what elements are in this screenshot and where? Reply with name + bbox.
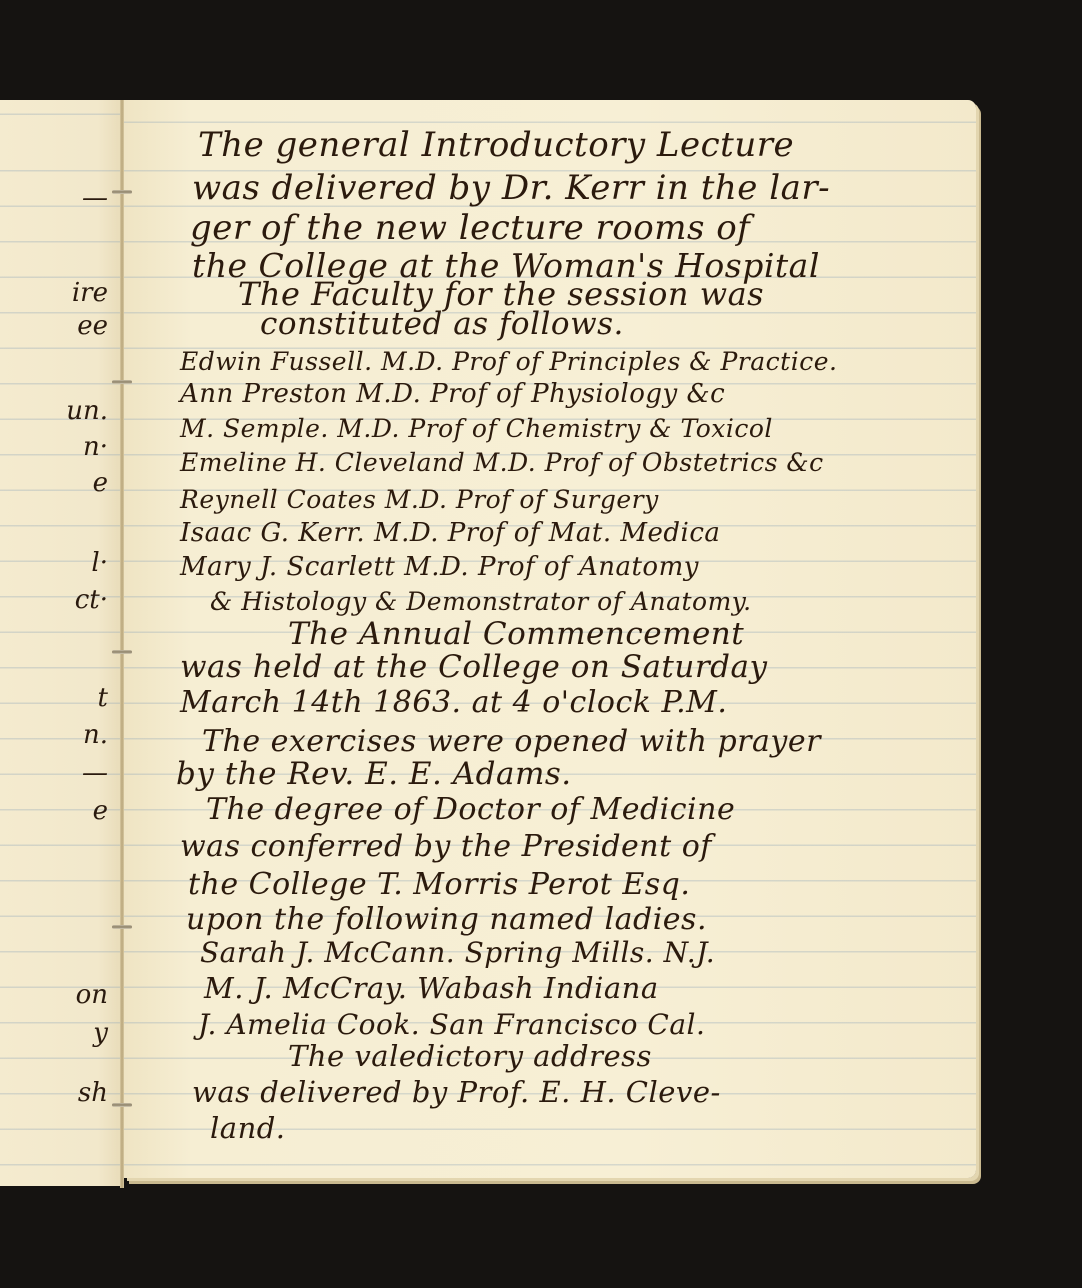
manuscript-line: The degree of Doctor of Medicine (206, 792, 735, 827)
manuscript-line: M. J. McCray. Wabash Indiana (204, 971, 659, 1005)
staple (112, 1103, 132, 1107)
manuscript-line: & Histology & Demonstrator of Anatomy. (210, 587, 752, 616)
manuscript-line: was conferred by the President of (180, 829, 712, 864)
manuscript-line: by the Rev. E. E. Adams. (176, 756, 572, 792)
manuscript-line: Mary J. Scarlett M.D. Prof of Anatomy (180, 552, 699, 582)
left-page-fragment: y (0, 1018, 122, 1048)
staple (112, 925, 132, 929)
manuscript-line: M. Semple. M.D. Prof of Chemistry & Toxi… (180, 414, 773, 443)
left-page-fragment: ct· (0, 585, 122, 615)
left-page-fragment: ire (0, 278, 122, 308)
left-page-fragment: e (0, 468, 122, 498)
left-page-fragment: n. (0, 720, 122, 750)
manuscript-line: the College T. Morris Perot Esq. (188, 867, 690, 902)
manuscript-line: ger of the new lecture rooms of (190, 208, 750, 248)
manuscript-line: upon the following named ladies. (186, 902, 707, 937)
manuscript-line: The exercises were opened with prayer (202, 724, 821, 759)
left-page-fragment: — (0, 183, 122, 213)
manuscript-line: Isaac G. Kerr. M.D. Prof of Mat. Medica (180, 518, 720, 548)
manuscript-line: constituted as follows. (260, 306, 624, 342)
left-page-fragment: ee (0, 311, 122, 341)
left-page-fragment: sh (0, 1078, 122, 1108)
manuscript-line: Emeline H. Cleveland M.D. Prof of Obstet… (180, 448, 824, 477)
staple (112, 190, 132, 194)
manuscript-line: Edwin Fussell. M.D. Prof of Principles &… (180, 347, 837, 376)
manuscript-line: March 14th 1863. at 4 o'clock P.M. (180, 685, 727, 720)
left-page-fragment: e (0, 796, 122, 826)
left-page-fragment: n· (0, 432, 122, 462)
left-page-fragment: un. (0, 396, 122, 426)
manuscript-line: Sarah J. McCann. Spring Mills. N.J. (200, 936, 715, 969)
left-page-fragment: l· (0, 548, 122, 578)
manuscript-line: The Annual Commencement (288, 616, 744, 652)
manuscript-line: was held at the College on Saturday (180, 649, 768, 685)
manuscript-line: Reynell Coates M.D. Prof of Surgery (180, 485, 659, 514)
left-page-fragment: t (0, 683, 122, 713)
left-page-fragment: on (0, 980, 122, 1010)
staple (112, 380, 132, 384)
left-page-fragment: — (0, 758, 122, 788)
manuscript-line: was delivered by Dr. Kerr in the lar- (192, 168, 830, 208)
manuscript-line: Ann Preston M.D. Prof of Physiology &c (180, 379, 725, 409)
manuscript-line: The general Introductory Lecture (198, 125, 794, 165)
manuscript-line: land. (210, 1111, 286, 1145)
manuscript-line: was delivered by Prof. E. H. Cleve- (192, 1075, 721, 1109)
manuscript-line: The valedictory address (288, 1039, 652, 1073)
manuscript-line: J. Amelia Cook. San Francisco Cal. (198, 1008, 705, 1041)
staple (112, 650, 132, 654)
